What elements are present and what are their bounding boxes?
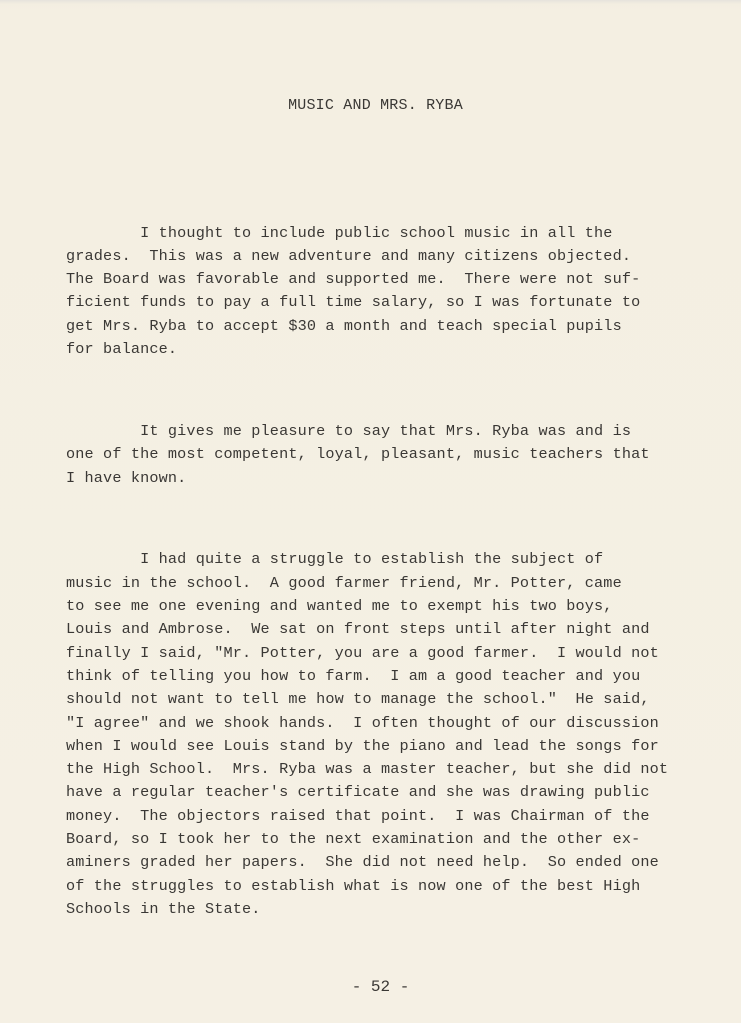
page-title: MUSIC AND MRS. RYBA <box>0 97 741 114</box>
text-line: The Board was favorable and supported me… <box>66 268 726 291</box>
text-line: finally I said, "Mr. Potter, you are a g… <box>66 642 726 665</box>
document-page: MUSIC AND MRS. RYBA I thought to include… <box>0 0 741 1023</box>
document-body: I thought to include public school music… <box>66 175 726 980</box>
text-line: music in the school. A good farmer frien… <box>66 572 726 595</box>
text-line: ficient funds to pay a full time salary,… <box>66 291 726 314</box>
text-line: It gives me pleasure to say that Mrs. Ry… <box>66 420 726 443</box>
text-line: "I agree" and we shook hands. I often th… <box>66 712 726 735</box>
text-line: should not want to tell me how to manage… <box>66 688 726 711</box>
paragraph: It gives me pleasure to say that Mrs. Ry… <box>66 420 726 490</box>
text-line: I have known. <box>66 467 726 490</box>
text-line: I thought to include public school music… <box>66 222 726 245</box>
text-line: aminers graded her papers. She did not n… <box>66 851 726 874</box>
text-line: Board, so I took her to the next examina… <box>66 828 726 851</box>
text-line: have a regular teacher's certificate and… <box>66 781 726 804</box>
text-line: I had quite a struggle to establish the … <box>66 548 726 571</box>
text-line: money. The objectors raised that point. … <box>66 805 726 828</box>
text-line: Louis and Ambrose. We sat on front steps… <box>66 618 726 641</box>
text-line: get Mrs. Ryba to accept $30 a month and … <box>66 315 726 338</box>
text-line: grades. This was a new adventure and man… <box>66 245 726 268</box>
text-line: the High School. Mrs. Ryba was a master … <box>66 758 726 781</box>
page-number: - 52 - <box>0 978 741 996</box>
paragraph: I thought to include public school music… <box>66 222 726 362</box>
text-line: Schools in the State. <box>66 898 726 921</box>
text-line: for balance. <box>66 338 726 361</box>
text-line: one of the most competent, loyal, pleasa… <box>66 443 726 466</box>
text-line: of the struggles to establish what is no… <box>66 875 726 898</box>
paragraph: I had quite a struggle to establish the … <box>66 548 726 921</box>
text-line: when I would see Louis stand by the pian… <box>66 735 726 758</box>
text-line: think of telling you how to farm. I am a… <box>66 665 726 688</box>
text-line: to see me one evening and wanted me to e… <box>66 595 726 618</box>
